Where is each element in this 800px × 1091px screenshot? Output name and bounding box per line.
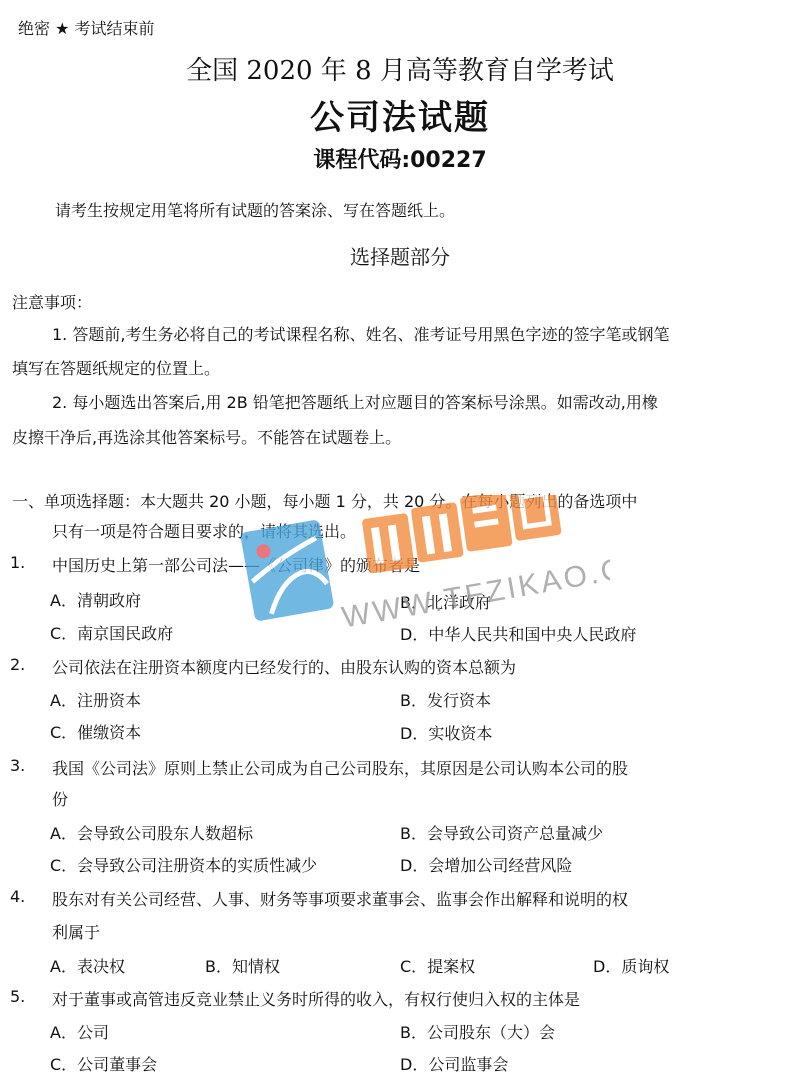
subject-title: 公司法试题 <box>0 90 800 139</box>
question-text-cont: 份 <box>52 787 68 810</box>
option-c: C．提案权 <box>400 954 475 977</box>
question-number: 5. <box>10 987 25 1006</box>
note-line: 填写在答题纸规定的位置上。 <box>12 356 220 379</box>
question-text: 公司依法在注册资本额度内已经发行的、由股东认购的资本总额为 <box>52 655 516 678</box>
option-a: A．清朝政府 <box>50 588 141 611</box>
question-text: 对于董事或高管违反竞业禁止义务时所得的收入，有权行使归入权的主体是 <box>52 987 580 1010</box>
question-text: 我国《公司法》原则上禁止公司成为自己公司股东，其原因是公司认购本公司的股 <box>52 756 628 779</box>
option-c: C．南京国民政府 <box>50 621 173 644</box>
question-number: 2. <box>10 655 25 674</box>
option-a: A．会导致公司股东人数超标 <box>50 821 253 844</box>
answer-instruction: 请考生按规定用笔将所有试题的答案涂、写在答题纸上。 <box>55 198 455 221</box>
question-number: 3. <box>10 756 25 775</box>
option-b: B．发行资本 <box>400 688 491 711</box>
option-d: D．公司监事会 <box>400 1052 508 1075</box>
option-d: D．实收资本 <box>400 721 492 744</box>
option-b: B．知情权 <box>205 954 280 977</box>
note-line: 皮擦干净后,再选涂其他答案标号。不能答在试题卷上。 <box>12 425 401 448</box>
option-d: D．质询权 <box>593 954 669 977</box>
question-text: 中国历史上第一部公司法——《公司律》的颁布者是 <box>52 553 420 576</box>
question-number: 4. <box>10 887 25 906</box>
course-code: 课程代码:00227 <box>0 143 800 174</box>
option-a: A．公司 <box>50 1020 109 1043</box>
note-line: 2. 每小题选出答案后,用 2B 铅笔把答题纸上对应题目的答案标号涂黑。如需改动… <box>52 390 658 413</box>
option-b: B．会导致公司资产总量减少 <box>400 821 603 844</box>
part-heading: 一、单项选择题：本大题共 20 小题，每小题 1 分，共 20 分。在每小题列出… <box>12 489 637 512</box>
option-a: A．表决权 <box>50 954 125 977</box>
option-c: C．会导致公司注册资本的实质性减少 <box>50 853 317 876</box>
exam-title: 全国 2020 年 8 月高等教育自学考试 <box>0 50 800 87</box>
option-b: B．北洋政府 <box>400 590 491 613</box>
question-text: 股东对有关公司经营、人事、财务等事项要求董事会、监事会作出解释和说明的权 <box>52 887 628 910</box>
note-line: 1. 答题前,考生务必将自己的考试课程名称、姓名、准考证号用黑色字迹的签字笔或钢… <box>52 322 669 345</box>
secrecy-label: 绝密 ★ 考试结束前 <box>18 16 155 39</box>
section-title: 选择题部分 <box>0 241 800 270</box>
notes-heading: 注意事项： <box>12 290 92 313</box>
option-b: B．公司股东（大）会 <box>400 1020 555 1043</box>
question-number: 1. <box>10 553 25 572</box>
option-a: A．注册资本 <box>50 688 141 711</box>
option-c: C．催缴资本 <box>50 720 141 743</box>
question-text-cont: 利属于 <box>52 920 100 943</box>
option-d: D．中华人民共和国中央人民政府 <box>400 622 636 645</box>
option-d: D．会增加公司经营风险 <box>400 853 572 876</box>
part-heading-cont: 只有一项是符合题目要求的，请将其选出。 <box>52 519 356 542</box>
option-c: C．公司董事会 <box>50 1052 157 1075</box>
